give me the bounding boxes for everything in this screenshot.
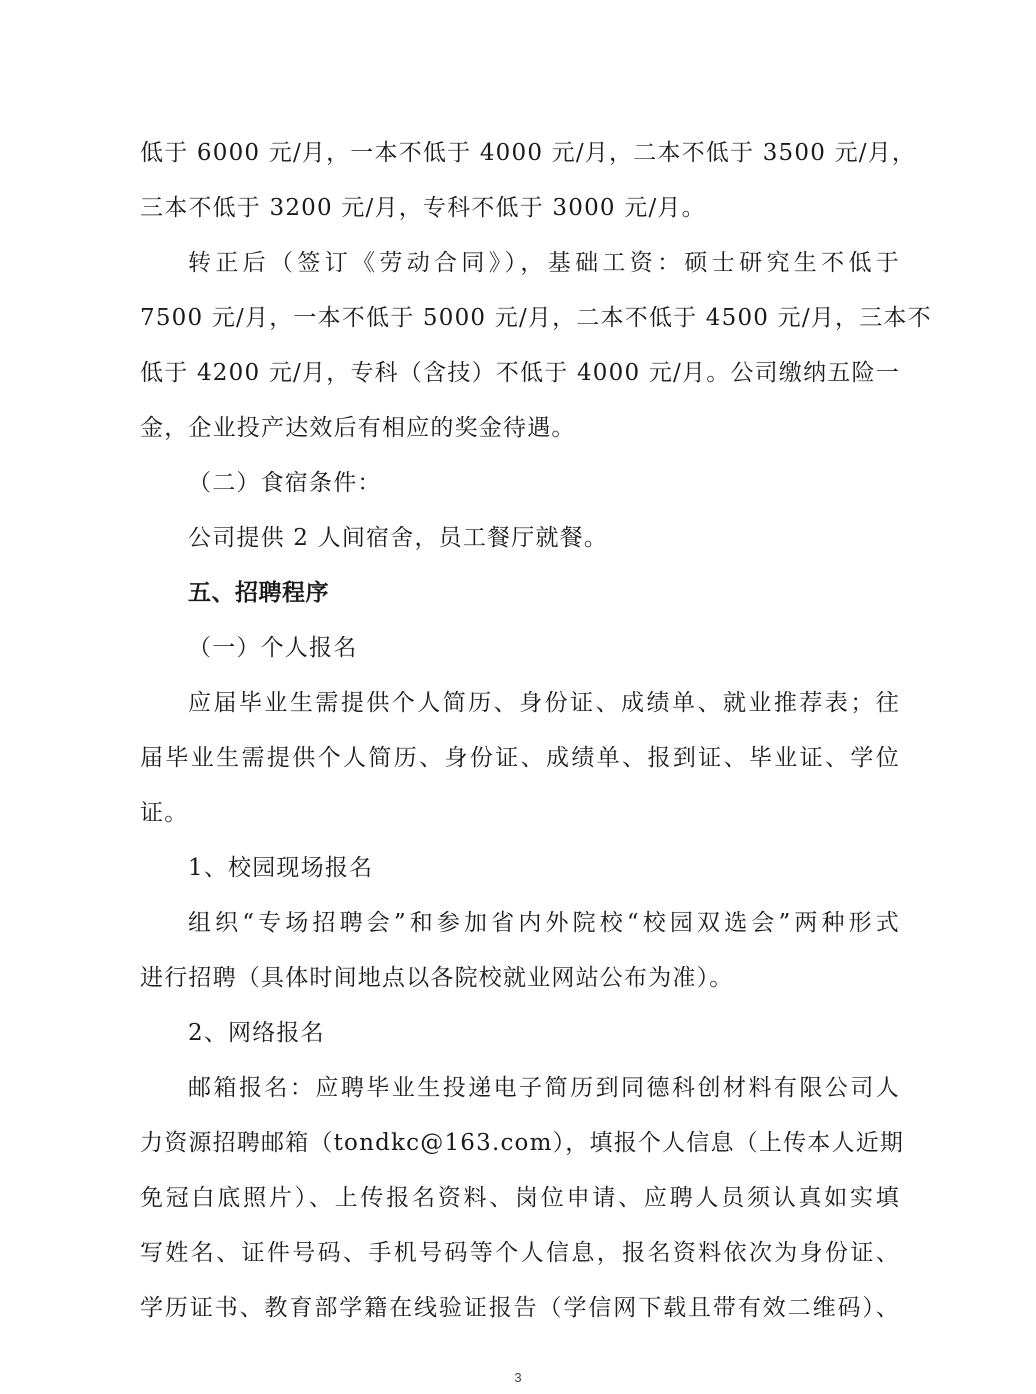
paragraph-line: 免冠白底照片）、上传报名资料、岗位申请、应聘人员须认真如实填	[140, 1183, 900, 1213]
paragraph-line: 低于 4200 元/月，专科（含技）不低于 4000 元/月。公司缴纳五险一	[140, 358, 900, 388]
paragraph-line: 公司提供 2 人间宿舍，员工餐厅就餐。	[188, 523, 900, 553]
paragraph-line: 7500 元/月，一本不低于 5000 元/月，二本不低于 4500 元/月，三…	[140, 303, 900, 333]
paragraph-line: 邮箱报名：应聘毕业生投递电子简历到同德科创材料有限公司人	[188, 1073, 900, 1103]
paragraph-line: 2、网络报名	[188, 1018, 900, 1048]
paragraph-line: 1、校园现场报名	[188, 853, 900, 883]
section-heading: 五、招聘程序	[188, 578, 900, 608]
document-page: 低于 6000 元/月，一本不低于 4000 元/月，二本不低于 3500 元/…	[0, 0, 1036, 1394]
paragraph-line: 进行招聘（具体时间地点以各院校就业网站公布为准）。	[140, 963, 900, 993]
paragraph-line: 届毕业生需提供个人简历、身份证、成绩单、报到证、毕业证、学位	[140, 743, 900, 773]
paragraph-line: 写姓名、证件号码、手机号码等个人信息，报名资料依次为身份证、	[140, 1238, 900, 1268]
paragraph-line: （二）食宿条件：	[188, 468, 900, 498]
paragraph-line: 金，企业投产达效后有相应的奖金待遇。	[140, 413, 900, 443]
paragraph-line: 力资源招聘邮箱（tondkc@163.com），填报个人信息（上传本人近期	[140, 1128, 900, 1158]
paragraph-line: 转正后（签订《劳动合同》），基础工资：硕士研究生不低于	[188, 248, 900, 278]
paragraph-line: 低于 6000 元/月，一本不低于 4000 元/月，二本不低于 3500 元/…	[140, 138, 900, 168]
paragraph-line: 组织“专场招聘会”和参加省内外院校“校园双选会”两种形式	[188, 908, 900, 938]
paragraph-line: 三本不低于 3200 元/月，专科不低于 3000 元/月。	[140, 193, 900, 223]
paragraph-line: 学历证书、教育部学籍在线验证报告（学信网下载且带有效二维码）、	[140, 1293, 900, 1323]
page-number: 3	[0, 1370, 1036, 1385]
paragraph-line: 应届毕业生需提供个人简历、身份证、成绩单、就业推荐表；往	[188, 688, 900, 718]
paragraph-line: （一）个人报名	[188, 633, 900, 663]
paragraph-line: 证。	[140, 798, 900, 828]
